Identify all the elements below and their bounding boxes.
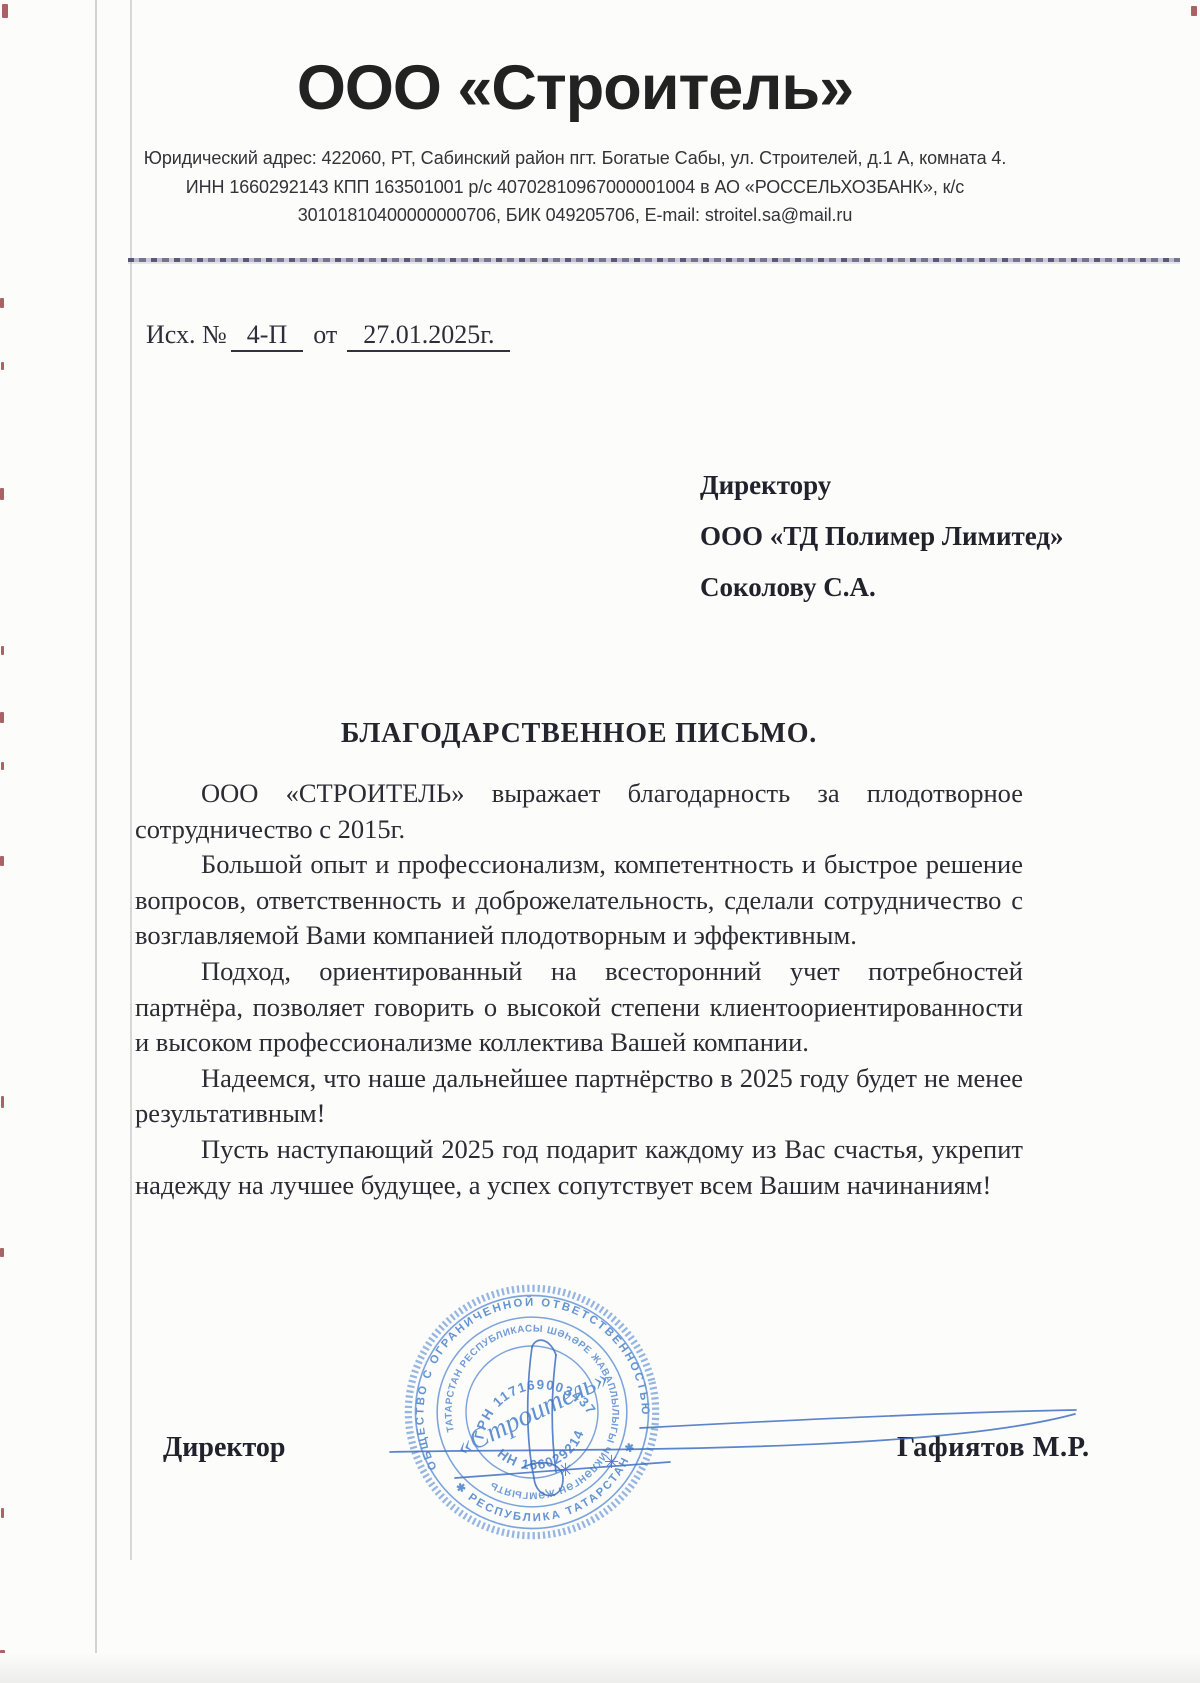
signature-stroke bbox=[528, 1347, 534, 1478]
scan-edge-artifact bbox=[1191, 6, 1197, 16]
signature-stroke bbox=[522, 1463, 563, 1496]
scan-bottom-shadow bbox=[0, 1653, 1200, 1683]
scan-line-artifact bbox=[130, 0, 132, 1560]
scan-edge-artifact bbox=[1, 1508, 4, 1518]
letter-paragraph: Большой опыт и профессионализм, компетен… bbox=[135, 847, 1023, 954]
signature-stroke bbox=[390, 1414, 1075, 1452]
scanned-letter-page: ООО «Строитель» Юридический адрес: 42206… bbox=[0, 0, 1200, 1683]
letter-paragraph: Надеемся, что наше дальнейшее партнёрств… bbox=[135, 1061, 1023, 1132]
signature-star-mark: ✳ bbox=[558, 1460, 573, 1480]
company-name: ООО «Строитель» bbox=[40, 52, 1110, 124]
bank-details-line: ИНН 1660292143 КПП 163501001 р/с 4070281… bbox=[40, 173, 1110, 202]
reference-prefix: Исх. № bbox=[146, 320, 227, 349]
legal-address-line: Юридический адрес: 422060, РТ, Сабинский… bbox=[40, 144, 1110, 173]
scan-edge-artifact bbox=[1, 1096, 4, 1108]
letter-title: БЛАГОДАРСТВЕННОЕ ПИСЬМО. bbox=[135, 718, 1023, 750]
letter-paragraph: Пусть наступающий 2025 год подарит каждо… bbox=[135, 1132, 1023, 1203]
letter-paragraph: Подход, ориентированный на всесторонний … bbox=[135, 954, 1023, 1061]
signer-position: Директор bbox=[163, 1432, 286, 1464]
signature-stroke bbox=[552, 1355, 556, 1472]
handwritten-signature: ✳ ✳ bbox=[360, 1320, 1100, 1520]
reference-number: 4-П bbox=[231, 320, 303, 352]
outgoing-reference-line: Исх. №4-Пот27.01.2025г. bbox=[146, 320, 514, 352]
signature-stroke bbox=[532, 1340, 556, 1355]
addressee-position: Директору bbox=[700, 460, 1064, 511]
scan-edge-artifact bbox=[1, 362, 4, 370]
scan-edge-artifact bbox=[1192, 1654, 1197, 1664]
scan-line-artifact bbox=[95, 0, 97, 1683]
letterhead-separator-rule bbox=[128, 258, 1180, 262]
bank-details-email-line: 30101810400000000706, БИК 049205706, E-m… bbox=[40, 201, 1110, 230]
addressee-person: Соколову С.А. bbox=[700, 562, 1064, 613]
signature-stroke bbox=[640, 1410, 1076, 1428]
reference-date: 27.01.2025г. bbox=[347, 320, 510, 352]
scan-edge-artifact bbox=[0, 1650, 5, 1662]
scan-edge-artifact bbox=[0, 488, 4, 500]
addressee-block: Директору ООО «ТД Полимер Лимитед» Сокол… bbox=[700, 460, 1064, 613]
letter-paragraph: ООО «СТРОИТЕЛЬ» выражает благодарность з… bbox=[135, 776, 1023, 847]
scan-edge-artifact bbox=[2, 4, 8, 18]
scan-edge-artifact bbox=[1, 646, 4, 655]
letterhead: ООО «Строитель» Юридический адрес: 42206… bbox=[40, 52, 1110, 230]
reference-ot-label: от bbox=[313, 320, 337, 349]
signature-star-mark: ✳ bbox=[604, 1452, 619, 1472]
scan-edge-artifact bbox=[0, 856, 4, 866]
scan-edge-artifact bbox=[0, 1248, 4, 1257]
letter-body: ООО «СТРОИТЕЛЬ» выражает благодарность з… bbox=[135, 776, 1023, 1203]
addressee-company: ООО «ТД Полимер Лимитед» bbox=[700, 511, 1064, 562]
scan-edge-artifact bbox=[0, 712, 4, 723]
scan-edge-artifact bbox=[0, 298, 4, 308]
scan-edge-artifact bbox=[1, 762, 4, 770]
